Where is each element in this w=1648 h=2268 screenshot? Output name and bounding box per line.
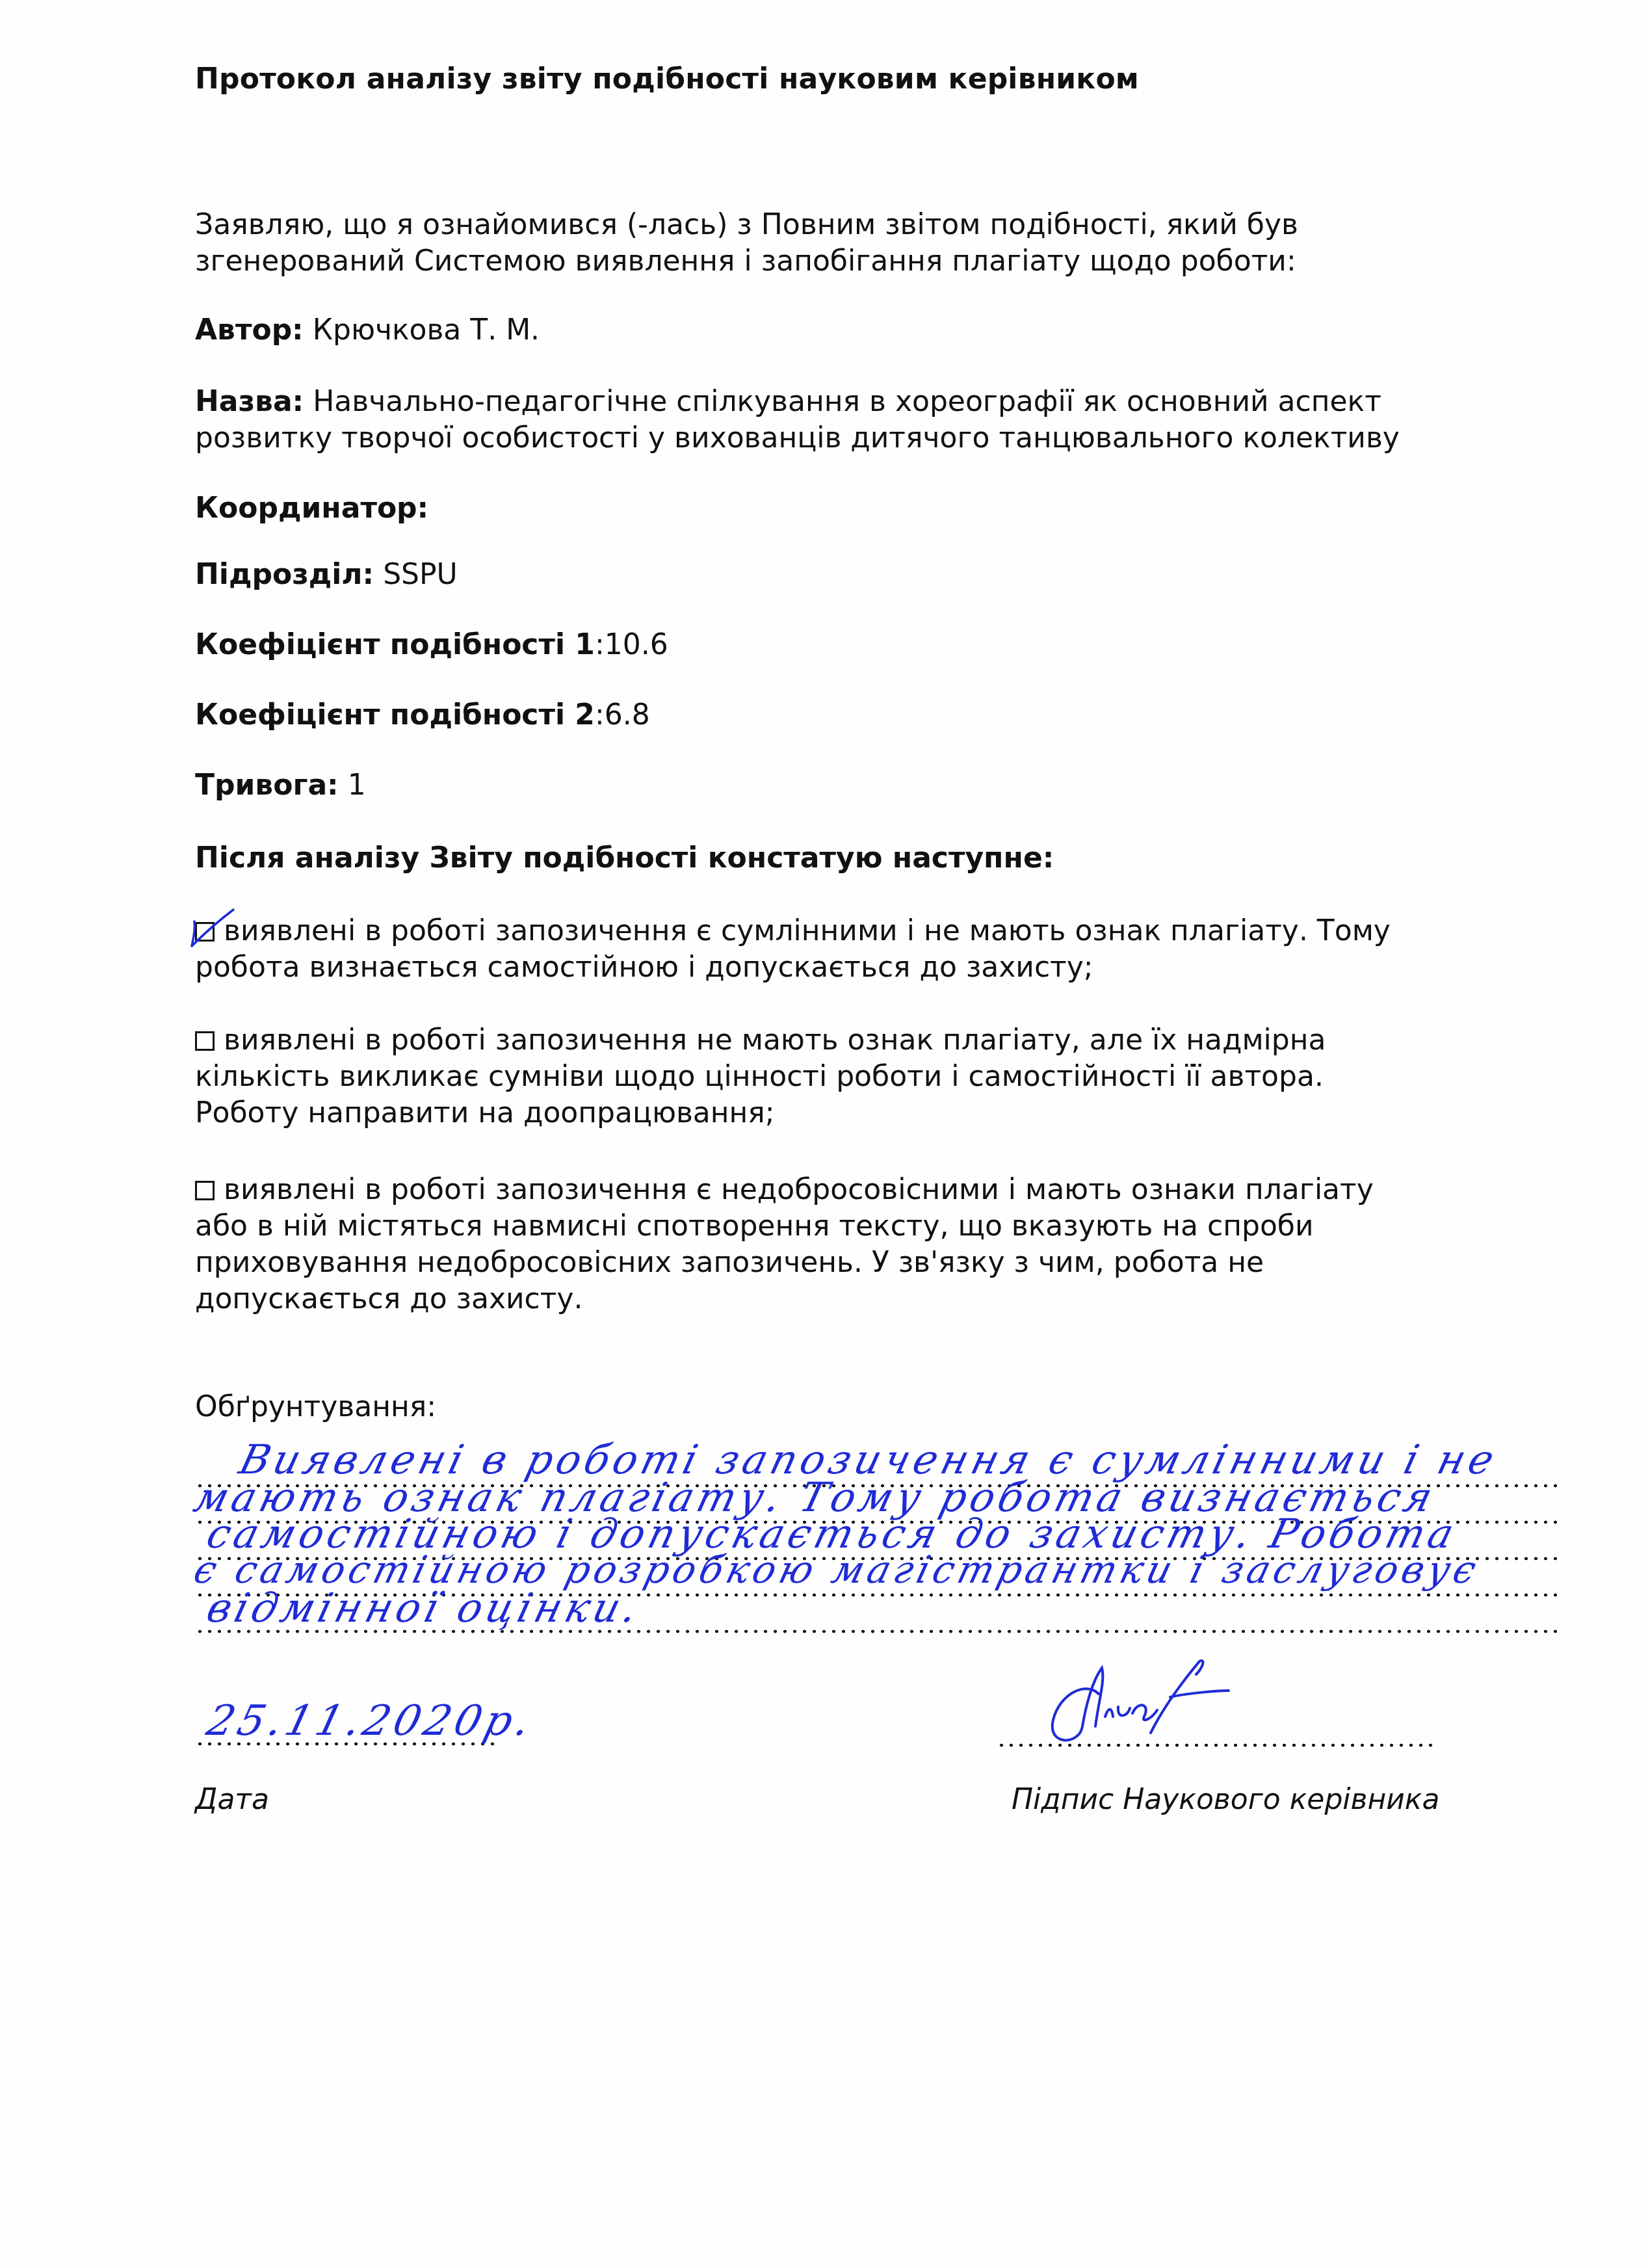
checkbox-checked[interactable] (195, 922, 215, 942)
signature-icon (1021, 1655, 1235, 1752)
work-title-value-line-2: розвитку творчої особистості у вихованці… (195, 420, 1400, 456)
similarity-coefficient-1-field: Коефіцієнт подібності 1:10.6 (195, 627, 668, 663)
intro-line-2: згенерований Системою виявлення і запобі… (195, 243, 1298, 280)
alert-value: 1 (348, 769, 366, 802)
option-3-line-3: приховування недобросовісних запозичень.… (195, 1245, 1547, 1281)
similarity-coefficient-1-label: Коефіцієнт подібності 1 (195, 628, 595, 661)
similarity-coefficient-2-value: :6.8 (595, 698, 650, 732)
date-label: Дата (195, 1783, 269, 1816)
option-1-line-2: робота визнається самостійною і допускає… (195, 949, 1547, 986)
work-title-value-line-1: Навчально-педагогічне спілкування в хоре… (313, 385, 1381, 418)
option-1-line-1: виявлені в роботі запозичення є сумлінни… (224, 914, 1391, 947)
date-handwritten: 25.11.2020р. (202, 1697, 539, 1745)
department-field: Підрозділ: SSPU (195, 557, 458, 593)
option-3-line-1: виявлені в роботі запозичення є недоброс… (224, 1173, 1374, 1206)
signature-label: Підпис Наукового керівника (1012, 1783, 1439, 1816)
justification-label: Обґрунтування: (195, 1389, 436, 1425)
conclusion-heading: Після аналізу Звіту подібності констатую… (195, 840, 1054, 877)
similarity-coefficient-1-value: :10.6 (595, 628, 668, 661)
work-title-label: Назва: (195, 385, 304, 418)
coordinator-label: Координатор: (195, 492, 428, 525)
option-2-line-2: кількість викликає сумніви щодо цінності… (195, 1059, 1547, 1095)
signature-text: Рікоф (1021, 1655, 1021, 1655)
option-2-line-1: виявлені в роботі запозичення не мають о… (224, 1023, 1326, 1057)
checkmark-icon (188, 907, 236, 950)
option-3-line-4: допускається до захисту. (195, 1281, 1547, 1317)
work-title-field: Назва: Навчально-педагогічне спілкування… (195, 384, 1400, 456)
department-label: Підрозділ: (195, 558, 374, 591)
option-3-line-2: або в ній містяться навмисні спотворення… (195, 1208, 1547, 1245)
option-plagiarism-detected: виявлені в роботі запозичення є недоброс… (195, 1172, 1547, 1317)
option-2-line-3: Роботу направити на доопрацювання; (195, 1095, 1547, 1131)
checkbox-unchecked[interactable] (195, 1031, 215, 1051)
similarity-coefficient-2-label: Коефіцієнт подібності 2 (195, 698, 595, 732)
author-value: Крючкова Т. М. (313, 313, 540, 347)
justification-handwritten-line-5: відмінної оцінки. (202, 1584, 646, 1631)
document-title: Протокол аналізу звіту подібності науков… (195, 62, 1139, 96)
author-field: Автор: Крючкова Т. М. (195, 312, 540, 349)
intro-line-1: Заявляю, що я ознайомився (-лась) з Повн… (195, 207, 1298, 243)
author-label: Автор: (195, 313, 304, 347)
checkbox-unchecked[interactable] (195, 1181, 215, 1200)
similarity-coefficient-2-field: Коефіцієнт подібності 2:6.8 (195, 697, 650, 733)
alert-field: Тривога: 1 (195, 767, 366, 804)
option-excessive-borrowings: виявлені в роботі запозичення не мають о… (195, 1022, 1547, 1131)
intro-paragraph: Заявляю, що я ознайомився (-лась) з Повн… (195, 207, 1298, 280)
coordinator-field: Координатор: (195, 490, 428, 527)
alert-label: Тривога: (195, 769, 339, 802)
department-value: SSPU (383, 558, 458, 591)
option-borrowings-conscientious: виявлені в роботі запозичення є сумлінни… (195, 913, 1547, 986)
